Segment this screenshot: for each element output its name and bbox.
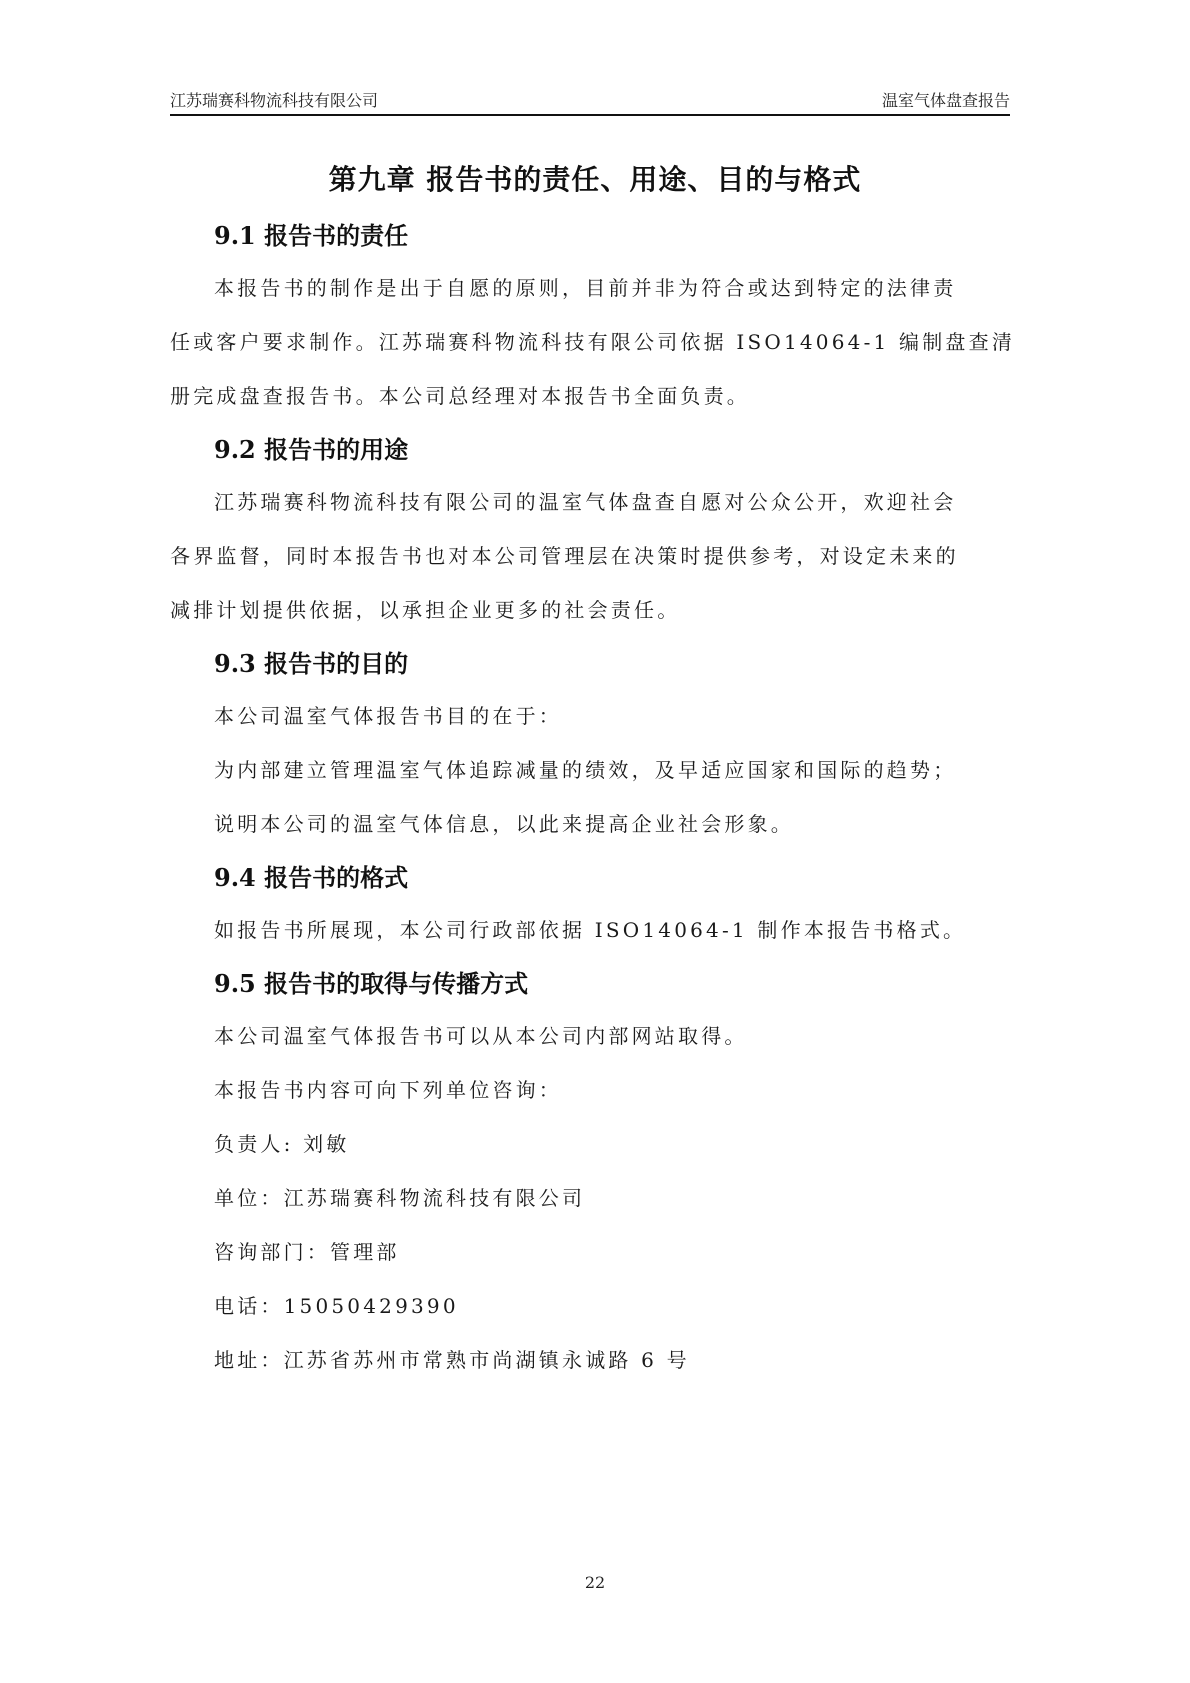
section-heading-9-4: 9.4 报告书的格式 (214, 858, 408, 893)
paragraph-line: 各界监督，同时本报告书也对本公司管理层在决策时提供参考，对设定未来的 (170, 540, 959, 569)
section-heading-9-1: 9.1 报告书的责任 (214, 216, 408, 251)
paragraph-line: 说明本公司的温室气体信息，以此来提高企业社会形象。 (214, 808, 794, 837)
paragraph-line: 本公司温室气体报告书目的在于： (214, 700, 562, 729)
paragraph-line: 任或客户要求制作。江苏瑞赛科物流科技有限公司依据 ISO14064-1 编制盘查… (170, 326, 1015, 355)
paragraph-line: 为内部建立管理温室气体追踪减量的绩效，及早适应国家和国际的趋势； (214, 754, 956, 783)
contact-organization: 单位：江苏瑞赛科物流科技有限公司 (214, 1182, 585, 1211)
header-report-title: 温室气体盘查报告 (882, 88, 1010, 111)
page-number: 22 (0, 1573, 1190, 1592)
paragraph-line: 本公司温室气体报告书可以从本公司内部网站取得。 (214, 1020, 748, 1049)
header-company-name: 江苏瑞赛科物流科技有限公司 (170, 88, 378, 111)
contact-address: 地址：江苏省苏州市常熟市尚湖镇永诚路 6 号 (214, 1344, 690, 1373)
section-heading-9-3: 9.3 报告书的目的 (214, 644, 408, 679)
chapter-title: 第九章 报告书的责任、用途、目的与格式 (0, 158, 1190, 198)
paragraph-line: 减排计划提供依据，以承担企业更多的社会责任。 (170, 594, 680, 623)
paragraph-line: 册完成盘查报告书。本公司总经理对本报告书全面负责。 (170, 380, 750, 409)
paragraph-line: 如报告书所展现，本公司行政部依据 ISO14064-1 制作本报告书格式。 (214, 914, 966, 943)
contact-person: 负责人: 刘敏 (214, 1128, 350, 1157)
paragraph-line: 本报告书内容可向下列单位咨询： (214, 1074, 562, 1103)
paragraph-line: 江苏瑞赛科物流科技有限公司的温室气体盘查自愿对公众公开，欢迎社会 (214, 486, 956, 515)
paragraph-line: 本报告书的制作是出于自愿的原则，目前并非为符合或达到特定的法律责 (214, 272, 956, 301)
contact-department: 咨询部门：管理部 (214, 1236, 400, 1265)
page-header: 江苏瑞赛科物流科技有限公司 温室气体盘查报告 (170, 86, 1010, 116)
contact-phone: 电话：15050429390 (214, 1290, 459, 1319)
section-heading-9-2: 9.2 报告书的用途 (214, 430, 408, 465)
section-heading-9-5: 9.5 报告书的取得与传播方式 (214, 964, 528, 999)
